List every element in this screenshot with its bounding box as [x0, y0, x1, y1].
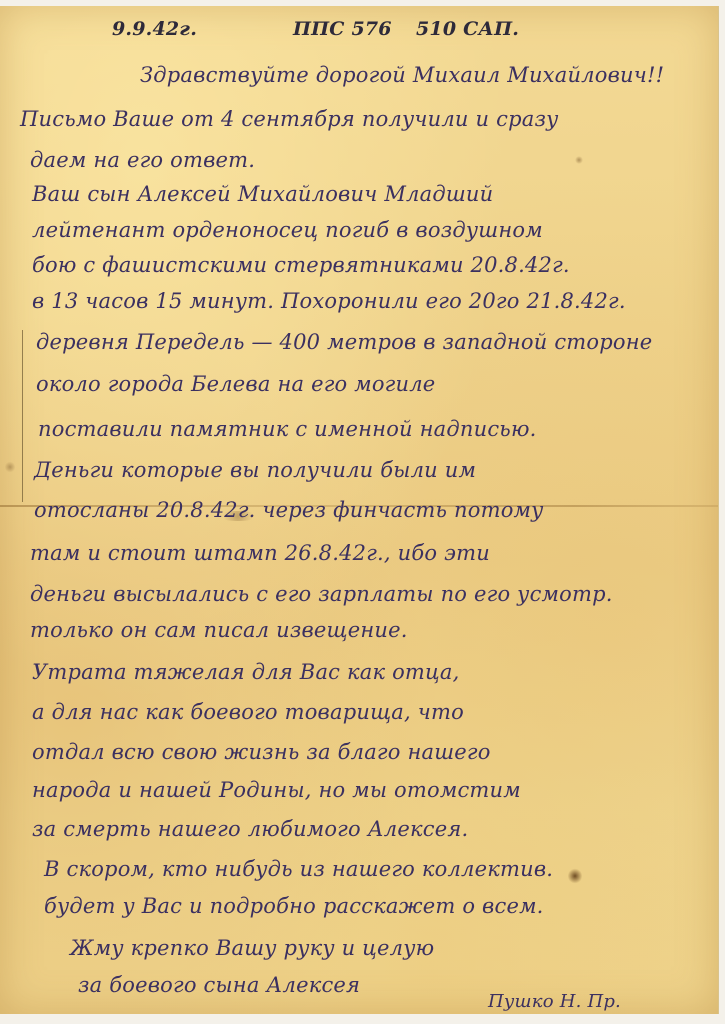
- letter-greeting: Здравствуйте дорогой Михаил Михайлович!!: [140, 63, 664, 87]
- letter-line: будет у Вас и подробно расскажет о всем.: [44, 894, 544, 918]
- ink-stain: [568, 868, 582, 884]
- letter-line: Жму крепко Вашу руку и целую: [70, 936, 434, 960]
- letter-line: бою с фашистскими стервятниками 20.8.42г…: [32, 253, 570, 277]
- letter-line: Утрата тяжелая для Вас как отца,: [32, 660, 459, 684]
- letter-line: в 13 часов 15 минут. Похоронили его 20го…: [32, 289, 626, 313]
- pencil-margin-line: [22, 330, 23, 502]
- letter-line: а для нас как боевого товарища, что: [32, 700, 464, 724]
- letter-line: Деньги которые вы получили были им: [34, 458, 476, 482]
- letter-line: даем на его ответ.: [30, 148, 255, 172]
- paper-stain: [5, 461, 15, 473]
- letter-line: Ваш сын Алексей Михайлович Младший: [32, 182, 493, 206]
- letter-line: за смерть нашего любимого Алексея.: [32, 817, 468, 841]
- letter-line: В скором, кто нибудь из нашего коллектив…: [44, 857, 553, 881]
- letter-line: деньги высылались с его зарплаты по его …: [30, 582, 613, 606]
- letter-line: деревня Передель — 400 метров в западной…: [36, 330, 652, 354]
- letter-line: Письмо Ваше от 4 сентября получили и сра…: [20, 107, 559, 131]
- letter-line: народа и нашей Родины, но мы отомстим: [32, 778, 521, 802]
- letter-line: около города Белева на его могиле: [36, 372, 435, 396]
- letter-line: поставили памятник с именной надписью.: [38, 417, 537, 441]
- letter-line: отдал всю свою жизнь за благо нашего: [32, 740, 491, 764]
- paper-stain: [575, 156, 583, 164]
- letter-paper: 9.9.42г. ППС 576 510 САП. Здравствуйте д…: [0, 6, 719, 1014]
- letter-line: лейтенант орденоносец погиб в воздушном: [32, 218, 543, 242]
- field-post-number: ППС 576: [293, 18, 392, 40]
- military-unit: 510 САП.: [416, 18, 519, 40]
- letter-line: отосланы 20.8.42г. через финчасть потому: [34, 498, 544, 522]
- letter-signature: Пушко Н. Пр.: [488, 991, 621, 1012]
- letter-line: там и стоит штамп 26.8.42г., ибо эти: [30, 541, 490, 565]
- letter-date: 9.9.42г.: [112, 18, 197, 40]
- letter-line: только он сам писал извещение.: [30, 618, 408, 642]
- letter-line: за боевого сына Алексея: [78, 973, 360, 997]
